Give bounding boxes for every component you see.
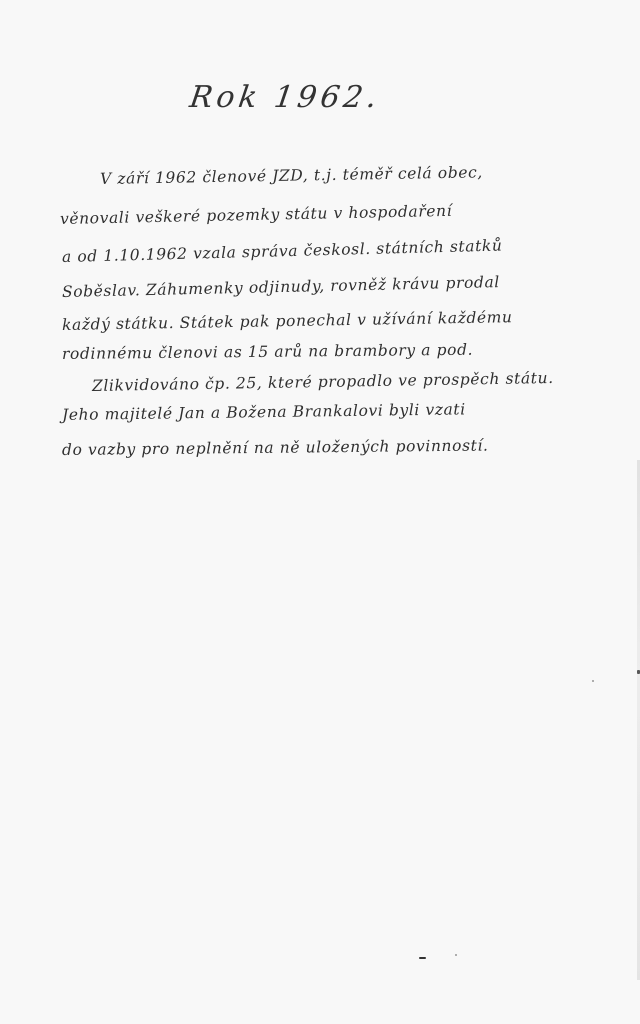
- scan-speck: [455, 954, 457, 956]
- text-line: rodinnému členovi as 15 arů na brambory …: [62, 341, 473, 363]
- text-line: věnovali veškeré pozemky státu v hospoda…: [60, 202, 453, 228]
- text-line: Jeho majitelé Jan a Božena Brankalovi by…: [62, 400, 466, 424]
- text-line: Soběslav. Záhumenky odjinudy, rovněž krá…: [62, 273, 500, 301]
- text-line: V září 1962 členové JZD, t.j. téměř celá…: [100, 163, 483, 188]
- page-title: Rok 1962.: [188, 80, 383, 115]
- scan-speck: [419, 957, 426, 959]
- text-line: každý státku. Státek pak ponechal v užív…: [62, 308, 513, 334]
- document-page: Rok 1962. V září 1962 členové JZD, t.j. …: [0, 0, 640, 1024]
- text-line: Zlikvidováno čp. 25, které propadlo ve p…: [92, 369, 554, 395]
- text-line: a od 1.10.1962 vzala správa českosl. stá…: [62, 236, 503, 266]
- text-line: do vazby pro neplnění na ně uložených po…: [62, 437, 489, 459]
- scan-speck: [592, 680, 594, 682]
